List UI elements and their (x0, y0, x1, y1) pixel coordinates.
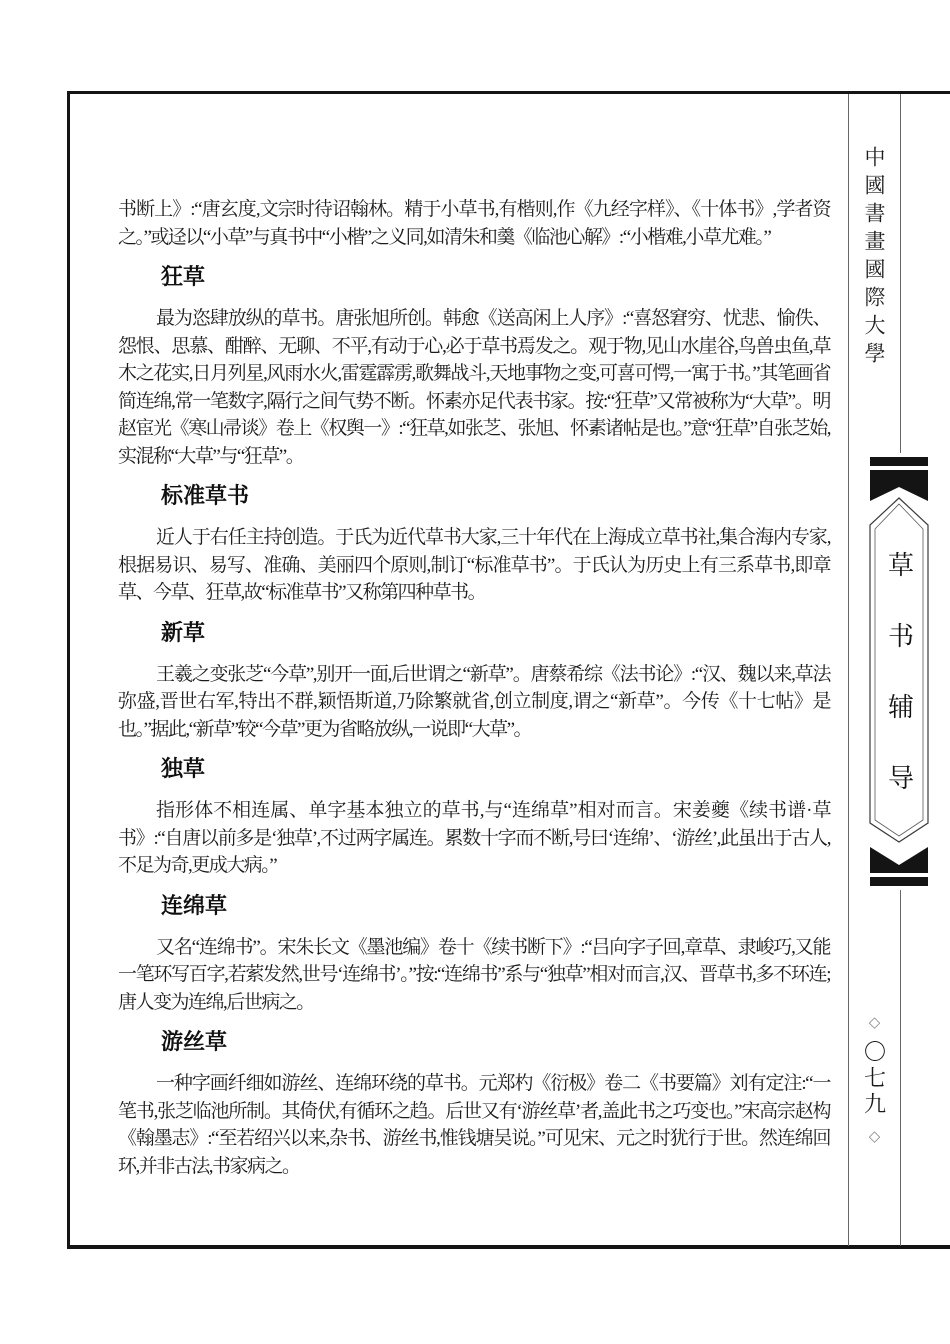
section-body: 最为恣肆放纵的草书。唐张旭所创。韩愈《送高闲上人序》:“喜怒窘穷、忧悲、愉佚、怨… (118, 305, 830, 470)
main-text-column: 书断上》:“唐玄度,文宗时待诏翰林。精于小草书,有楷则,作《九经字样》、《十体书… (118, 196, 830, 1180)
page-number: 〇七九 (859, 1040, 890, 1118)
institution-title-vertical: 中國書畫國際大學 (859, 146, 889, 370)
section-biaozhun-caoshu: 标准草书 近人于右任主持创造。于氏为近代草书大家,三十年代在上海成立草书社,集合… (118, 482, 830, 607)
section-heading: 连绵草 (118, 892, 830, 920)
section-lianmiancao: 连绵草 又名“连绵书”。宋朱长文《墨池编》卷十《续书断下》:“吕向字子回,章草、… (118, 892, 830, 1017)
bookmark-ribbon: 草书辅导 (866, 453, 932, 890)
intro-continuation-paragraph: 书断上》:“唐玄度,文宗时待诏翰林。精于小草书,有楷则,作《九经字样》、《十体书… (118, 196, 830, 251)
section-heading: 标准草书 (118, 482, 830, 510)
section-body: 指形体不相连属、单字基本独立的草书,与“连绵草”相对而言。宋姜夔《续书谱·草书》… (118, 797, 830, 880)
section-kuangcao: 狂草 最为恣肆放纵的草书。唐张旭所创。韩愈《送高闲上人序》:“喜怒窘穷、忧悲、愉… (118, 263, 830, 470)
section-yousicao: 游丝草 一种字画纤细如游丝、连绵环绕的草书。元郑杓《衍极》卷二《书要篇》刘有定注… (118, 1028, 830, 1180)
ribbon-top-bar-icon (870, 457, 928, 466)
ribbon-bottom-bar-icon (870, 877, 928, 886)
section-heading: 游丝草 (118, 1028, 830, 1056)
section-xincao: 新草 王羲之变张芝“今草”,别开一面,后世谓之“新草”。唐蔡希综《法书论》:“汉… (118, 619, 830, 744)
ribbon-title-vertical: 草书辅导 (881, 551, 918, 835)
sidebar-rule-left (848, 94, 849, 1246)
section-body: 近人于右任主持创造。于氏为近代草书大家,三十年代在上海成立草书社,集合海内专家,… (118, 524, 830, 607)
section-heading: 独草 (118, 755, 830, 783)
section-heading: 狂草 (118, 263, 830, 291)
ribbon-bottom-pennant-icon (870, 847, 928, 873)
section-body: 一种字画纤细如游丝、连绵环绕的草书。元郑杓《衍极》卷二《书要篇》刘有定注:“一笔… (118, 1070, 830, 1180)
folio: ◇ 〇七九 ◇ (859, 1008, 890, 1150)
folio-ornament-bottom-icon: ◇ (865, 1127, 883, 1145)
section-body: 又名“连绵书”。宋朱长文《墨池编》卷十《续书断下》:“吕向字子回,章草、隶峻巧,… (118, 934, 830, 1017)
section-heading: 新草 (118, 619, 830, 647)
section-body: 王羲之变张芝“今草”,别开一面,后世谓之“新草”。唐蔡希综《法书论》:“汉、魏以… (118, 661, 830, 744)
section-ducao: 独草 指形体不相连属、单字基本独立的草书,与“连绵草”相对而言。宋姜夔《续书谱·… (118, 755, 830, 880)
folio-ornament-top-icon: ◇ (865, 1013, 883, 1031)
ribbon-top-pennant-icon (870, 470, 928, 501)
